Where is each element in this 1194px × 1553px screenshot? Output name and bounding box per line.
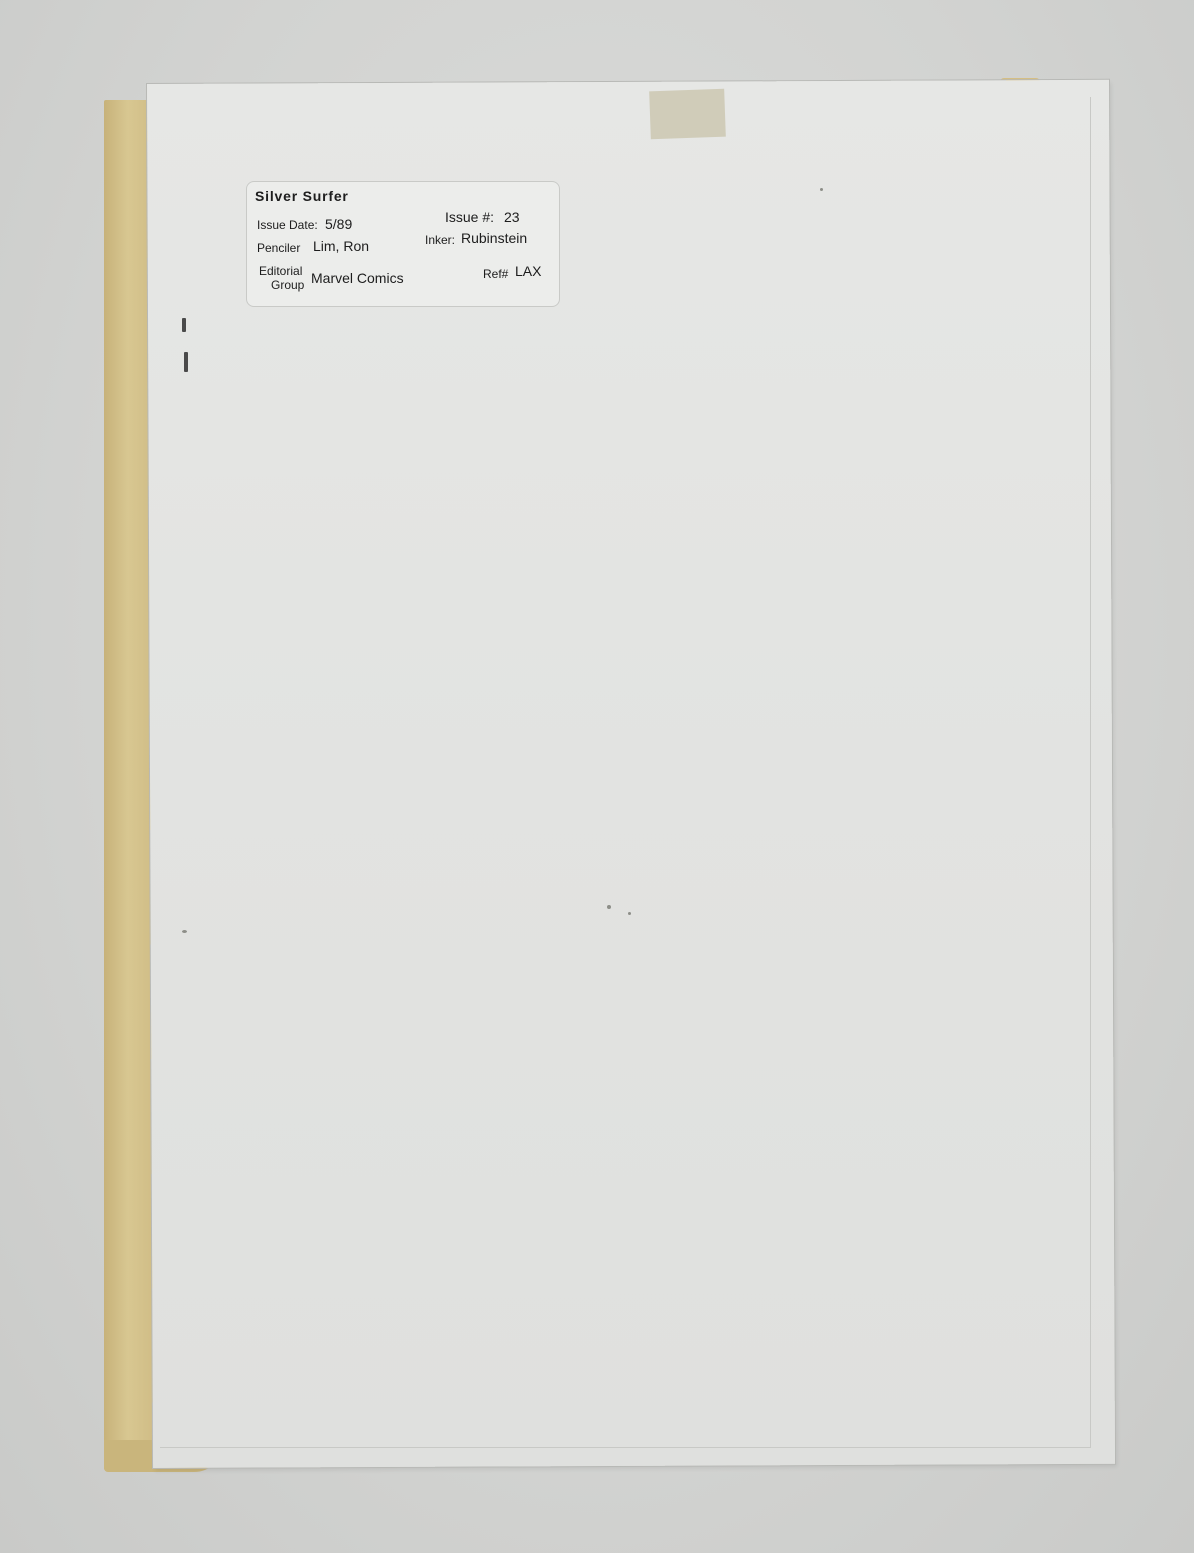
tape-strip: [649, 89, 726, 140]
issue-number: 23: [504, 209, 520, 225]
speck: [628, 912, 631, 915]
ref: LAX: [515, 263, 541, 279]
issue-number-label: Issue #:: [445, 209, 494, 225]
staple-mark: [184, 352, 188, 372]
speck: [182, 930, 187, 933]
inker-label: Inker:: [425, 233, 455, 247]
editorial-group: Marvel Comics: [311, 270, 404, 286]
group-label: Group: [271, 278, 304, 292]
label-title: Silver Surfer: [255, 188, 349, 204]
speck: [607, 905, 611, 909]
editorial-label: Editorial: [259, 264, 302, 278]
inventory-label: Silver Surfer Issue Date: 5/89 Issue #: …: [246, 181, 560, 307]
ref-label: Ref#: [483, 267, 508, 281]
issue-date: 5/89: [325, 216, 352, 232]
inker: Rubinstein: [461, 230, 527, 246]
staple-mark: [182, 318, 186, 332]
speck: [820, 188, 823, 191]
issue-date-label: Issue Date:: [257, 218, 318, 232]
penciler: Lim, Ron: [313, 238, 369, 254]
penciler-label: Penciler: [257, 241, 300, 255]
